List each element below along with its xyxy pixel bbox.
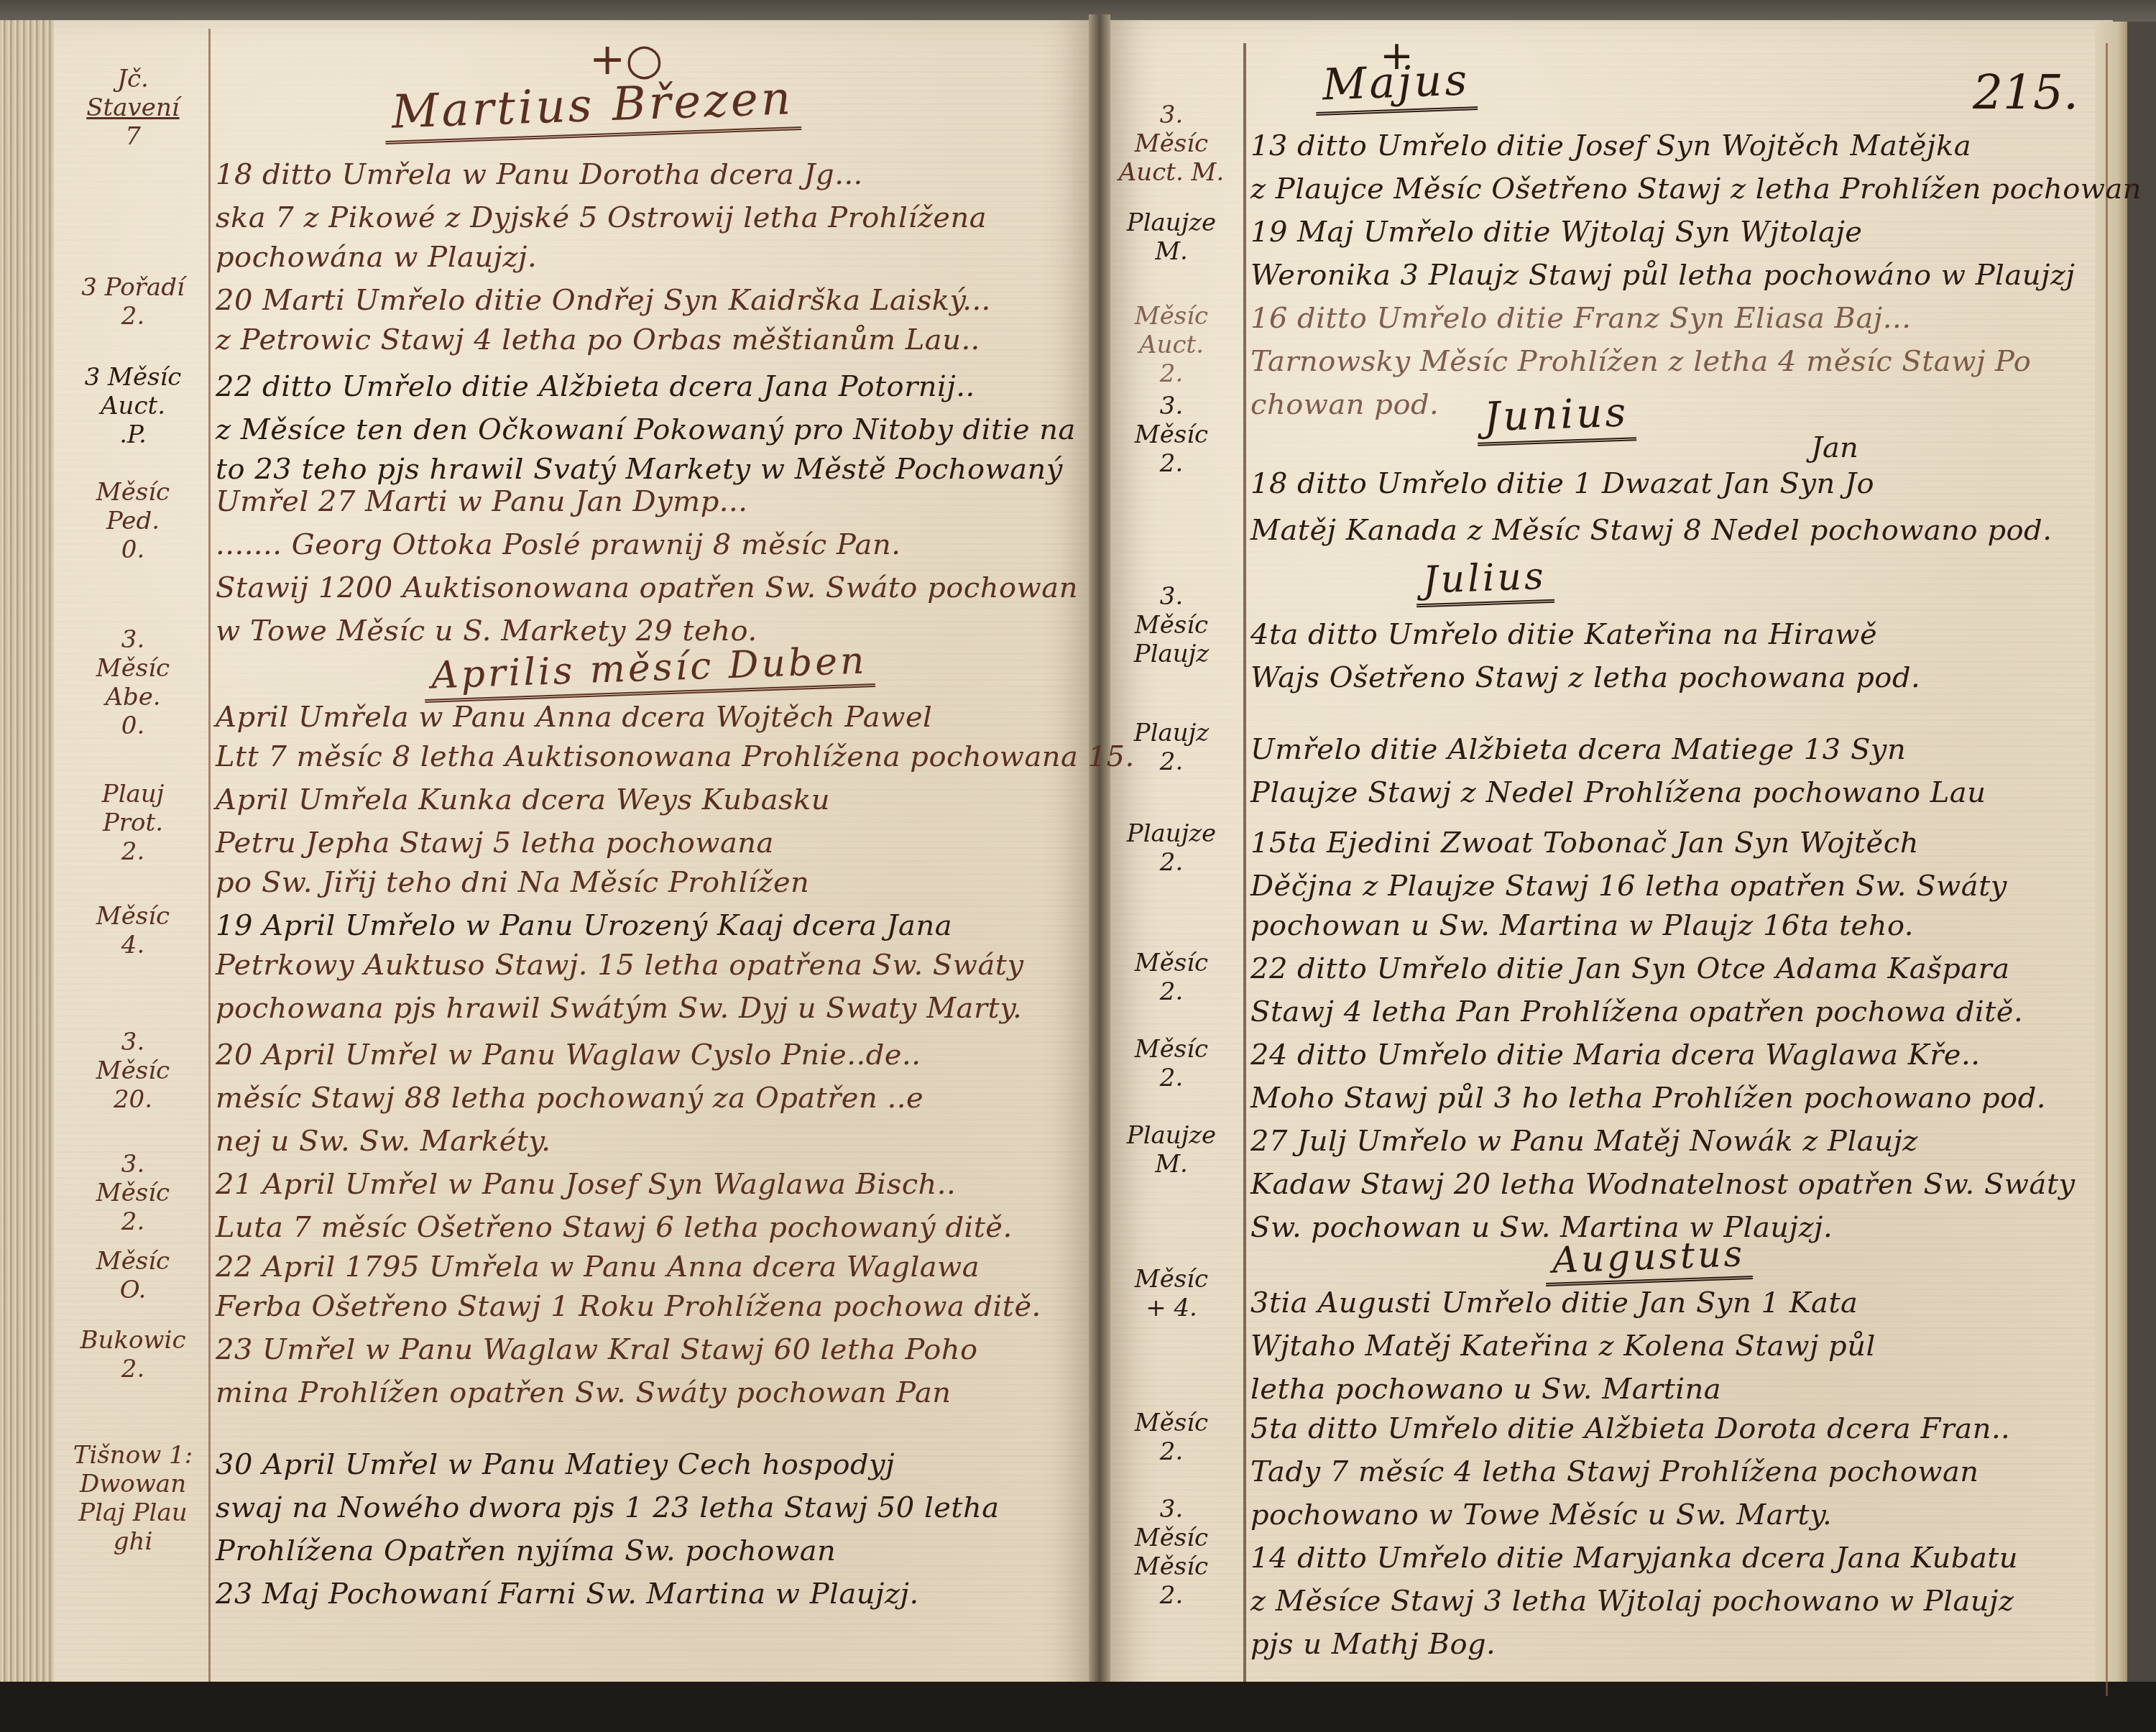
month-heading-augustus: Augustus (1544, 1233, 1753, 1286)
right-margin-rule (1243, 43, 1246, 1682)
inserted-name: Jan (1811, 431, 1858, 464)
right-edge-rule (2106, 43, 2108, 1696)
month-heading-majus: Majus (1314, 55, 1478, 116)
month-heading-julius: Julius (1415, 555, 1554, 608)
month-heading-junius: Junius (1476, 389, 1637, 446)
page-edges-left (0, 20, 54, 1695)
page-number: 215. (1973, 65, 2078, 120)
left-margin-rule (208, 29, 211, 1682)
margin-header-village: Jč.Stavení7 (72, 65, 194, 151)
book-bottom-shadow (0, 1682, 2156, 1732)
page-edges-right (2095, 22, 2127, 1732)
